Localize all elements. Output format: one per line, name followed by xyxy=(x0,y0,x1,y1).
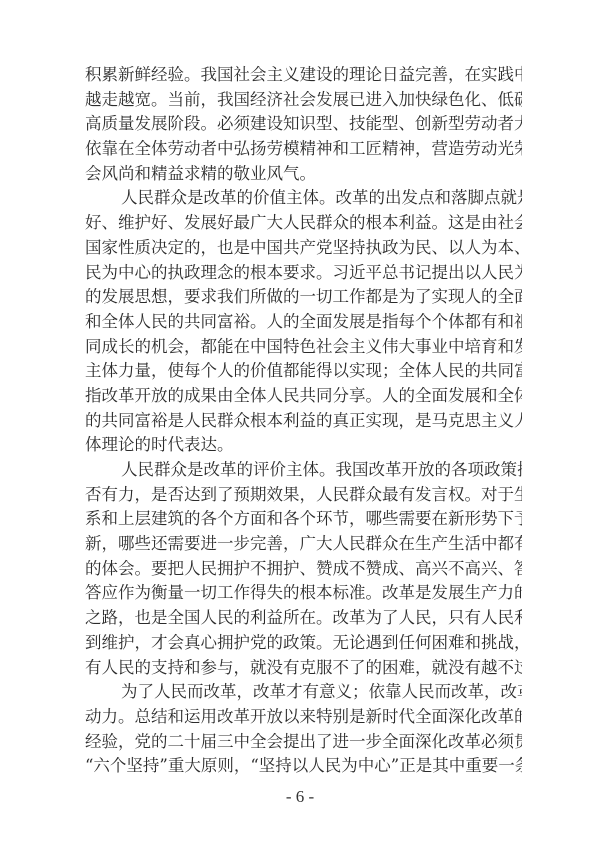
text-line: 的发展思想，要求我们所做的一切工作都是为了实现人的全面发展 xyxy=(85,285,522,310)
text-line: 依靠在全体劳动者中弘扬劳模精神和工匠精神，营造劳动光荣的社 xyxy=(85,137,522,162)
paragraph: 为了人民而改革，改革才有意义；依靠人民而改革，改革才有动力。总结和运用改革开放以… xyxy=(85,680,522,779)
text-line: 指改革开放的成果由全体人民共同分享。人的全面发展和全体人民 xyxy=(85,384,522,409)
text-line: 国家性质决定的，也是中国共产党坚持执政为民、以人为本、以人 xyxy=(85,236,522,261)
text-line: 同成长的机会，都能在中国特色社会主义伟大事业中培育和发挥出 xyxy=(85,335,522,360)
body-text: 积累新鲜经验。我国社会主义建设的理论日益完善，在实践中路子越走越宽。当前，我国经… xyxy=(85,63,522,779)
text-line: 否有力，是否达到了预期效果，人民群众最有发言权。对于生产关 xyxy=(85,483,522,508)
text-line: 和全体人民的共同富裕。人的全面发展是指每个个体都有和祖国共 xyxy=(85,310,522,335)
text-line: 人民群众是改革的评价主体。我国改革开放的各项政策执行是 xyxy=(85,458,522,483)
paragraph: 人民群众是改革的价值主体。改革的出发点和落脚点就是实现好、维护好、发展好最广大人… xyxy=(85,186,522,458)
text-line: 的共同富裕是人民群众根本利益的真正实现，是马克思主义人民主 xyxy=(85,409,522,434)
text-line: 越走越宽。当前，我国经济社会发展已进入加快绿色化、低碳化的 xyxy=(85,88,522,113)
paragraph: 积累新鲜经验。我国社会主义建设的理论日益完善，在实践中路子越走越宽。当前，我国经… xyxy=(85,63,522,186)
text-line: 高质量发展阶段。必须建设知识型、技能型、创新型劳动者大军， xyxy=(85,112,522,137)
text-line: 系和上层建筑的各个方面和各个环节，哪些需要在新形势下予以革 xyxy=(85,507,522,532)
text-line: 会风尚和精益求精的敬业风气。 xyxy=(85,162,522,187)
text-line: 体理论的时代表达。 xyxy=(85,433,522,458)
document-page: 积累新鲜经验。我国社会主义建设的理论日益完善，在实践中路子越走越宽。当前，我国经… xyxy=(0,0,600,849)
text-line: “六个坚持”重大原则，“坚持以人民为中心”正是其中重要一条。 xyxy=(85,754,522,779)
text-line: 新，哪些还需要进一步完善，广大人民群众在生产生活中都有切身 xyxy=(85,532,522,557)
page-number: - 6 - xyxy=(0,787,600,807)
text-line: 好、维护好、发展好最广大人民群众的根本利益。这是由社会主义 xyxy=(85,211,522,236)
text-line: 有人民的支持和参与，就没有克服不了的困难，就没有越不过的坎。 xyxy=(85,656,522,681)
text-line: 到维护，才会真心拥护党的政策。无论遇到任何困难和挑战，只要 xyxy=(85,631,522,656)
text-line: 经验，党的二十届三中全会提出了进一步全面深化改革必须贯彻的 xyxy=(85,730,522,755)
text-line: 主体力量，使每个人的价值都能得以实现；全体人民的共同富裕是 xyxy=(85,359,522,384)
text-line: 人民群众是改革的价值主体。改革的出发点和落脚点就是实现 xyxy=(85,186,522,211)
text-line: 的体会。要把人民拥护不拥护、赞成不赞成、高兴不高兴、答应不 xyxy=(85,557,522,582)
text-line: 民为中心的执政理念的根本要求。习近平总书记提出以人民为中心 xyxy=(85,261,522,286)
text-line: 之路，也是全国人民的利益所在。改革为了人民，只有人民利益得 xyxy=(85,606,522,631)
paragraph: 人民群众是改革的评价主体。我国改革开放的各项政策执行是否有力，是否达到了预期效果… xyxy=(85,458,522,680)
text-line: 答应作为衡量一切工作得失的根本标准。改革是发展生产力的必由 xyxy=(85,581,522,606)
text-line: 积累新鲜经验。我国社会主义建设的理论日益完善，在实践中路子 xyxy=(85,63,522,88)
text-line: 为了人民而改革，改革才有意义；依靠人民而改革，改革才有 xyxy=(85,680,522,705)
text-line: 动力。总结和运用改革开放以来特别是新时代全面深化改革的宝贵 xyxy=(85,705,522,730)
